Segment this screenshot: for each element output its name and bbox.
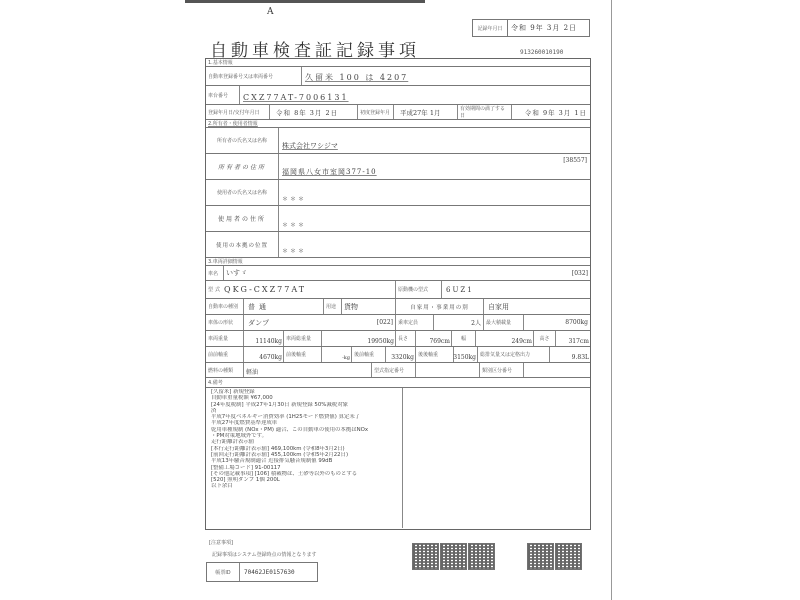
notes-heading: [注意事項]: [209, 539, 233, 546]
fuel-label: 燃料の種類: [206, 363, 244, 377]
engine-value: 6UZ1: [442, 281, 590, 298]
rr-axle-label: 後後軸重: [416, 347, 454, 362]
kind-label: 自動車の種別: [206, 299, 244, 314]
owner-name-value: 株式会社ワシジマ: [279, 128, 590, 153]
first-year-value: 平成27年 1月: [394, 105, 458, 119]
maker-cell: いすゞ [032]: [224, 266, 590, 280]
reg-number-value: 久留米 100 は 4207: [302, 67, 590, 85]
length-value: 769cm: [416, 331, 452, 346]
serial-box: 帳票ID 70462JE0157630: [206, 562, 318, 582]
user-name-value: ＊＊＊: [282, 194, 306, 203]
chassis-label: 車台番号: [206, 86, 240, 104]
user-name-cell: ＊＊＊: [279, 180, 590, 205]
document-number: 913260010190: [520, 49, 563, 56]
expiry-value: 令和 9年 3月 1日: [512, 105, 590, 119]
first-reg-value: 令和 8年 3月 2日: [270, 105, 358, 119]
model-cell: 型式 QKG-CXZ77AT: [206, 281, 396, 298]
rr-axle-value: 3150kg: [454, 347, 478, 362]
owner-name-label: 所有者の氏名又は名称: [206, 128, 279, 153]
row-model: 型式 QKG-CXZ77AT 原動機の型式 6UZ1: [206, 281, 590, 299]
record-date-value: 令和 9年 3月 2日: [508, 20, 589, 36]
qr-code-5: [556, 544, 581, 569]
category-label: 類別区分番号: [480, 363, 524, 377]
qr-code-2: [441, 544, 466, 569]
width-value: 249cm: [476, 331, 534, 346]
qr-code-4: [528, 544, 553, 569]
row-body: 車体の形状 ダンプ [022] 乗車定員 2人 最大積載量 8700kg: [206, 315, 590, 331]
fuel-value: 軽油: [244, 363, 372, 377]
section4-heading: 4.備考: [206, 379, 590, 388]
chassis-value: CXZ77AT-7006131: [240, 86, 590, 104]
page-edge: [611, 0, 612, 600]
fr-axle-value: -kg: [322, 347, 352, 362]
remarks-list: [久留米] 新規登録自動車重量税額 ¥67,000[24年度税制] 平成27年1…: [211, 389, 401, 490]
ff-axle-label: 前前軸重: [206, 347, 244, 362]
user-address-cell: ＊＊＊: [279, 206, 590, 231]
private-label: 自家用・事業用の別: [396, 299, 484, 314]
body-cell: ダンプ [022]: [244, 315, 396, 330]
row-base-location: 使用の本拠の位置 ＊＊＊: [206, 232, 590, 258]
mark-a: A: [267, 7, 274, 17]
gross-weight-value: 11140kg: [244, 331, 284, 346]
private-value: 自家用: [484, 299, 590, 314]
notes-text: 記録事項はシステム登録時点の情報となります: [212, 551, 317, 558]
row-chassis: 車台番号 CXZ77AT-7006131: [206, 86, 590, 105]
user-address-value: ＊＊＊: [282, 220, 306, 229]
owner-address-value: 福岡県八女市室岡377-10: [282, 167, 377, 177]
rf-axle-value: 3320kg: [386, 347, 416, 362]
user-name-label: 使用者の氏名又は名称: [206, 180, 279, 205]
row-dates: 登録年月日/交付年月日 令和 8年 3月 2日 初度登録年月 平成27年 1月 …: [206, 105, 590, 120]
category-value: [524, 363, 590, 377]
owner-address-code: [38557]: [563, 157, 587, 164]
gross-weight-label: 車両重量: [206, 331, 244, 346]
maker-code: [032]: [572, 270, 588, 277]
record-date-box: 記録年月日 令和 9年 3月 2日: [472, 19, 590, 37]
row-kind: 自動車の種別 普通 用途 貨物 自家用・事業用の別 自家用: [206, 299, 590, 315]
row-fuel: 燃料の種類 軽油 型式指定番号 類別区分番号: [206, 363, 590, 378]
serial-label: 帳票ID: [207, 563, 240, 581]
fr-axle-label: 前後軸重: [284, 347, 322, 362]
row-user-name: 使用者の氏名又は名称 ＊＊＊: [206, 180, 590, 206]
section2-heading: 2.所有者・使用者情報: [206, 120, 590, 128]
user-address-label: 使用者の住所: [206, 206, 279, 231]
width-label: 幅: [452, 331, 476, 346]
type-approval-value: [416, 363, 480, 377]
owner-address-cell: 福岡県八女市室岡377-10 [38557]: [279, 154, 590, 179]
qr-code-3: [469, 544, 494, 569]
body-value: ダンプ: [248, 318, 269, 328]
row-owner-name: 所有者の氏名又は名称 株式会社ワシジマ: [206, 128, 590, 154]
row-weights: 車両重量 11140kg 車両総重量 19950kg 長さ 769cm 幅 24…: [206, 331, 590, 347]
first-year-label: 初度登録年月: [358, 105, 394, 119]
use-label: 用途: [324, 299, 342, 314]
first-reg-label: 登録年月日/交付年月日: [206, 105, 270, 119]
model-value: QKG-CXZ77AT: [224, 285, 306, 294]
base-location-label: 使用の本拠の位置: [206, 232, 279, 257]
body-label: 車体の形状: [206, 315, 244, 330]
engine-label: 原動機の型式: [396, 281, 442, 298]
type-approval-label: 型式指定番号: [372, 363, 416, 377]
capacity-label: 乗車定員: [396, 315, 434, 330]
serial-value: 70462JE0157630: [240, 563, 295, 581]
use-value: 貨物: [342, 299, 396, 314]
kind-value: 普通: [244, 299, 324, 314]
row-owner-address: 所有者の住所 福岡県八女市室岡377-10 [38557]: [206, 154, 590, 180]
expiry-label: 有効期間の満了する日: [458, 105, 512, 119]
row-maker: 車名 いすゞ [032]: [206, 266, 590, 281]
total-weight-value: 19950kg: [322, 331, 396, 346]
model-label: 型式: [206, 286, 224, 293]
owner-address-label: 所有者の住所: [206, 154, 279, 179]
certificate-form: 1.基本情報 自動車登録番号又は車両番号 久留米 100 は 4207 車台番号…: [205, 58, 591, 530]
row-reg-number: 自動車登録番号又は車両番号 久留米 100 は 4207: [206, 67, 590, 86]
ff-axle-value: 4670kg: [244, 347, 284, 362]
displacement-value: 9.83L: [550, 347, 590, 362]
qr-code-1: [413, 544, 438, 569]
body-code: [022]: [377, 319, 393, 326]
section1-heading: 1.基本情報: [206, 59, 590, 67]
height-label: 高さ: [534, 331, 556, 346]
remarks-box: [久留米] 新規登録自動車重量税額 ¥67,000[24年度税制] 平成27年1…: [206, 388, 403, 528]
capacity-value: 2人: [434, 315, 484, 330]
maker-label: 車名: [206, 266, 224, 280]
row-user-address: 使用者の住所 ＊＊＊: [206, 206, 590, 232]
scan-edge-bar: [185, 0, 425, 3]
max-load-label: 最大積載量: [484, 315, 524, 330]
remark-line: 以下余白: [211, 483, 401, 489]
maker-value: いすゞ: [226, 268, 247, 278]
section3-heading: 3.車両詳細情報: [206, 258, 590, 266]
reg-number-label: 自動車登録番号又は車両番号: [206, 67, 302, 85]
rf-axle-label: 後前軸重: [352, 347, 386, 362]
max-load-value: 8700kg: [524, 315, 590, 330]
height-value: 317cm: [556, 331, 590, 346]
base-location-cell: ＊＊＊: [279, 232, 590, 257]
displacement-label: 総排気量又は定格出力: [478, 347, 550, 362]
record-date-label: 記録年月日: [473, 20, 508, 36]
length-label: 長さ: [396, 331, 416, 346]
row-axles: 前前軸重 4670kg 前後軸重 -kg 後前軸重 3320kg 後後軸重 31…: [206, 347, 590, 363]
total-weight-label: 車両総重量: [284, 331, 322, 346]
base-location-value: ＊＊＊: [282, 246, 306, 255]
